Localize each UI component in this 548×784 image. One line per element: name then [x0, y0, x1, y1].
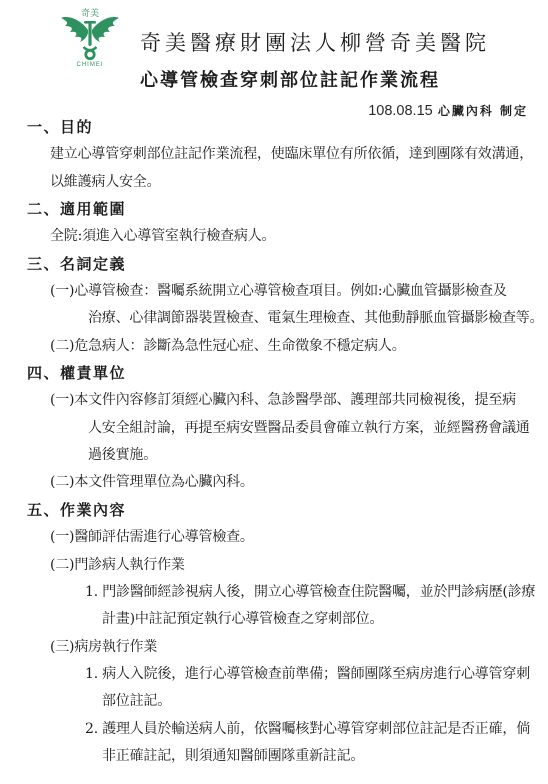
doc-line: 全院:須進入心導管室執行檢查病人。 — [0, 223, 548, 250]
doc-line: 過後實施。 — [0, 442, 548, 469]
doc-line: (三)病房執行作業 — [0, 634, 548, 661]
document-page: 奇美 CHIMEI 奇美醫療財團法人柳營奇美醫院 心導管檢查穿刺部位註記作業流程… — [0, 0, 548, 784]
section-heading: 二、適用範圍 — [0, 196, 548, 223]
doc-line: (二)危急病人：診斷為急性冠心症、生命徵象不穩定病人。 — [0, 333, 548, 360]
doc-line: 1. 病人入院後，進行心導管檢查前準備；醫師團隊至病房進行心導管穿刺 — [0, 661, 548, 688]
doc-line: 非正確註記，則須通知醫師團隊重新註記。 — [0, 743, 548, 770]
doc-line: 建立心導管穿刺部位註記作業流程，使臨床單位有所依循，達到團隊有效溝通， — [0, 141, 548, 168]
document-body: 一、目的建立心導管穿刺部位註記作業流程，使臨床單位有所依循，達到團隊有效溝通，以… — [0, 114, 548, 770]
hospital-logo: 奇美 CHIMEI — [58, 6, 122, 70]
section-heading: 五、作業內容 — [0, 497, 548, 524]
page-title: 心導管檢查穿刺部位註記作業流程 — [140, 66, 440, 92]
section-heading: 一、目的 — [0, 114, 548, 141]
logo-top-text: 奇美 — [81, 7, 99, 19]
section-heading: 四、權責單位 — [0, 360, 548, 387]
doc-line: 2. 護理人員於輸送病人前，依醫囑核對心導管穿刺部位註記是否正確，倘 — [0, 716, 548, 743]
doc-line: 治療、心律調節器裝置檢查、電氣生理檢查、其他動靜脈血管攝影檢查等。 — [0, 305, 548, 332]
doc-line: 計畫)中註記預定執行心導管檢查之穿刺部位。 — [0, 606, 548, 633]
hospital-name: 奇美醫療財團法人柳營奇美醫院 — [140, 27, 490, 57]
doc-line: 人安全組討論，再提至病安暨醫品委員會確立執行方案，並經醫務會議通 — [0, 415, 548, 442]
doc-line: (一)醫師評估需進行心導管檢查。 — [0, 524, 548, 551]
doc-line: (二)門診病人執行作業 — [0, 552, 548, 579]
logo-caption: CHIMEI — [77, 62, 104, 68]
doc-line: 部位註記。 — [0, 688, 548, 715]
doc-line: 以維護病人安全。 — [0, 169, 548, 196]
doc-line: (二)本文件管理單位為心臟內科。 — [0, 469, 548, 496]
doc-line: (一)心導管檢查：醫囑系統開立心導管檢查項目。例如:心臟血管攝影檢查及 — [0, 278, 548, 305]
section-heading: 三、名詞定義 — [0, 251, 548, 278]
winged-caduceus-icon: 奇美 CHIMEI — [58, 6, 122, 70]
doc-line: (一)本文件內容修訂須經心臟內科、急診醫學部、護理部共同檢視後，提至病 — [0, 387, 548, 414]
doc-line: 1. 門診醫師經診視病人後，開立心導管檢查住院醫囑，並於門診病歷(診療 — [0, 579, 548, 606]
